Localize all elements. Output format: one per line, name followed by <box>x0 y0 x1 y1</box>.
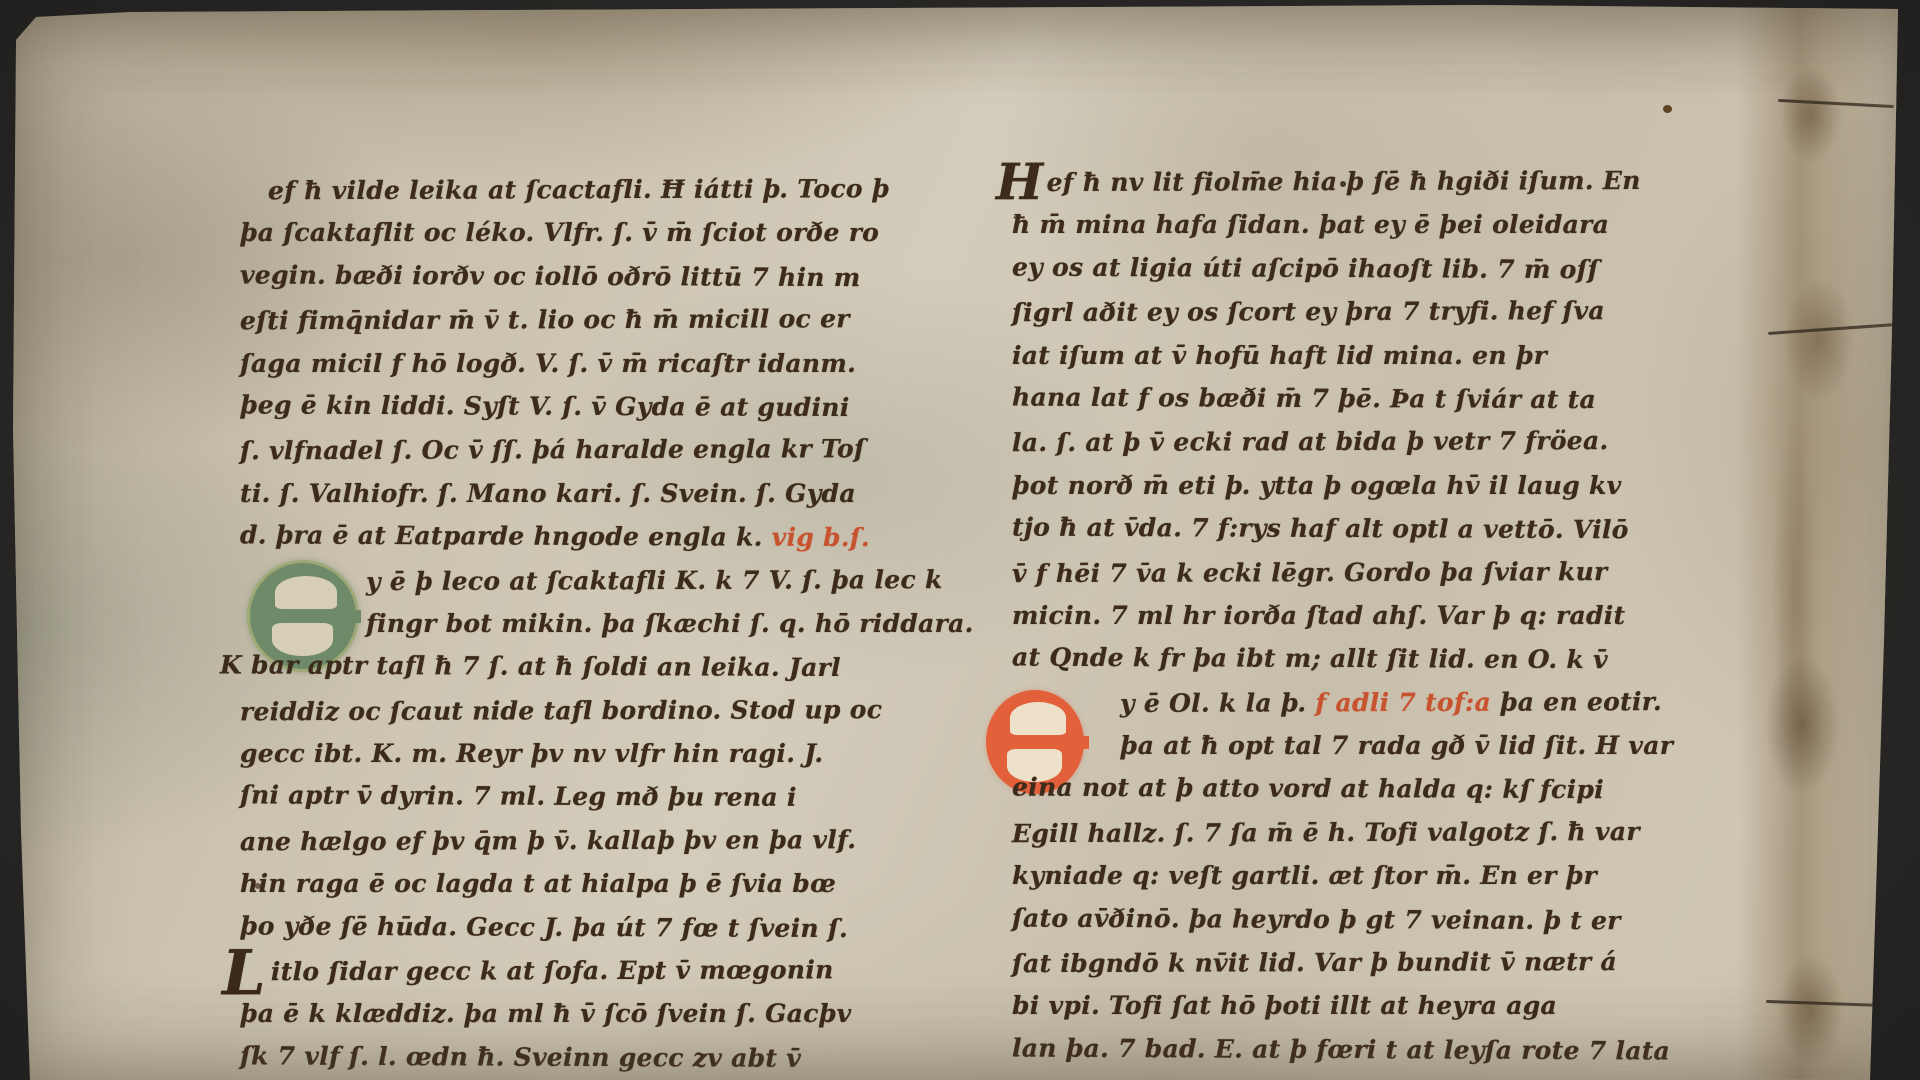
text-column-left: ef ħ vilde leika at ſcactafli. Ħ iátti þ… <box>240 168 980 1079</box>
manuscript-line: v̄ f hēi 7 v̄a k ecki lēgr. Gordo þa ſvi… <box>1012 549 1672 595</box>
manuscript-line: þa at ħ opt tal 7 rada gð v̄ lid ſit. H … <box>1120 724 1672 767</box>
manuscript-line: ef ħ vilde leika at ſcactafli. Ħ iátti þ… <box>268 167 980 213</box>
manuscript-line: y ē Ol. k la þ. f adli 7 tof:a þa en eot… <box>1120 680 1672 725</box>
manuscript-line: d. þra ē at Eatparde hngode engla k. vig… <box>240 514 980 561</box>
manuscript-line: þeg ē kin liddi. Syſt V. ſ. v̄ Gyda ē at… <box>240 383 980 430</box>
manuscript-line: ħ m̄ mina hafa ſidan. þat ey ē þei oleid… <box>1012 203 1672 246</box>
rubric-text: vig b.ſ. <box>772 523 870 552</box>
manuscript-line: hin raga ē oc lagda t at hialpa þ ē ſvia… <box>240 862 980 905</box>
line-text: d. þra ē at Eatparde hngode engla k. <box>240 521 763 552</box>
manuscript-line: tjo ħ at v̄da. 7 f:rys haf alt optl a ve… <box>1012 506 1672 552</box>
manuscript-line: reiddiz oc ſcaut nide tafl bordino. Stod… <box>240 687 980 733</box>
manuscript-line: þot norð m̄ eti þ. ytta þ ogœla hv̄ il l… <box>1012 464 1672 507</box>
line-text: y ē Ol. k la þ. <box>1120 688 1306 718</box>
manuscript-photo: ef ħ vilde leika at ſcactafli. Ħ iátti þ… <box>0 0 1920 1080</box>
manuscript-line: þa ſcaktaflit oc léko. Vlfr. ſ. v̄ m̄ ſc… <box>240 211 980 254</box>
manuscript-line: hana lat f os bæði m̄ 7 þē. Þa t ſviár a… <box>1012 376 1672 422</box>
parchment-leaf: ef ħ vilde leika at ſcactafli. Ħ iátti þ… <box>0 0 1920 1080</box>
manuscript-line: ane hælgo ef þv q̄m þ v̄. kallaþ þv en þ… <box>240 818 980 864</box>
manuscript-line: Egill hallz. ſ. 7 ſa m̄ ē h. Tofi valgot… <box>1012 810 1672 856</box>
manuscript-line: ti. ſ. Valhiofr. ſ. Mano kari. ſ. Svein.… <box>240 472 980 515</box>
line-text: ef ħ nv lit fiolm̄e hia þ ſē ħ hgiði iſu… <box>1046 166 1640 197</box>
manuscript-line: Hef ħ nv lit fiolm̄e hia þ ſē ħ hgiði iſ… <box>1012 159 1672 205</box>
manuscript-line: lan þa. 7 bad. E. at þ fœri t at leyſa r… <box>1012 1026 1672 1072</box>
manuscript-line: ſigrl aðit ey os ſcort ey þra 7 tryfi. h… <box>1012 289 1672 335</box>
manuscript-line: ſ. vlfnadel ſ. Oc v̄ ſſ. þá haralde engl… <box>240 427 980 473</box>
manuscript-line: fingr bot mikin. þa ſkæchi ſ. q. hō ridd… <box>366 602 980 645</box>
manuscript-line: bi vpi. Tofi ſat hō þoti illt at heyra a… <box>1012 984 1672 1027</box>
manuscript-line: ſaga micil f hō logð. V. ſ. v̄ m̄ ricaſt… <box>240 342 980 385</box>
manuscript-line: þa ē k klæddiz. þa ml ħ v̄ ſcō ſvein ſ. … <box>240 992 980 1035</box>
ink-speck <box>1663 105 1672 113</box>
manuscript-line: at Qnde k fr þa ibt m; allt ſit lid. en … <box>1012 636 1672 682</box>
manuscript-line: K bar aptr tafl ħ 7 ſ. at ħ ſoldi an lei… <box>220 644 980 691</box>
manuscript-line: ey os at ligia úti aſcipō ihaoſt lib. 7 … <box>1012 245 1672 291</box>
binding-edge <box>1738 0 1878 1080</box>
manuscript-line: ſato av̄ðinō. þa heyrdo þ gt 7 veinan. þ… <box>1012 896 1672 942</box>
line-text: itlo ſidar gecc k at ſofa. Ept v̄ mœgoni… <box>271 955 834 986</box>
manuscript-line: y ē þ leco at ſcaktafli K. k 7 V. ſ. þa … <box>366 557 980 603</box>
line-text: þa en eotir. <box>1500 687 1662 717</box>
manuscript-line: gecc ibt. K. m. Reyr þv nv vlfr hin ragi… <box>240 732 980 775</box>
manuscript-line: vegin. bæði iorðv oc iollō oðrō littū 7 … <box>240 253 980 300</box>
manuscript-line: ſk 7 vlf ſ. l. œdn ħ. Sveinn gecc zv abt… <box>240 1034 980 1080</box>
rubric-text: f adli 7 tof:a <box>1315 687 1491 717</box>
manuscript-line: micin. 7 ml hr iorða ſtad ahſ. Var þ q: … <box>1012 594 1672 637</box>
manuscript-line: la. ſ. at þ v̄ ecki rad at bida þ vetr 7… <box>1012 419 1672 465</box>
manuscript-line: ſat ibgndō k nv̄it lid. Var þ bundit v̄ … <box>1012 940 1672 986</box>
manuscript-line: eſti fimq̄nidar m̄ v̄ t. lio oc ħ m̄ mic… <box>240 297 980 343</box>
manuscript-line: kyniade q: veſt gartli. æt ſtor m̄. En e… <box>1012 854 1672 897</box>
manuscript-line: ſni aptr v̄ dyrin. 7 ml. Leg mð þu rena … <box>240 774 980 821</box>
manuscript-line: iat iſum at v̄ hofū haft lid mina. en þr <box>1012 334 1672 377</box>
manuscript-line: eina not at þ atto vord at halda q: kſ f… <box>1012 766 1672 812</box>
manuscript-line: þo yðe ſē hūda. Gecc J. þa út 7 fœ t ſve… <box>240 904 980 951</box>
text-column-right: Hef ħ nv lit fiolm̄e hia þ ſē ħ hgiði iſ… <box>1012 160 1672 1071</box>
manuscript-line: Litlo ſidar gecc k at ſofa. Ept v̄ mœgon… <box>240 948 980 994</box>
